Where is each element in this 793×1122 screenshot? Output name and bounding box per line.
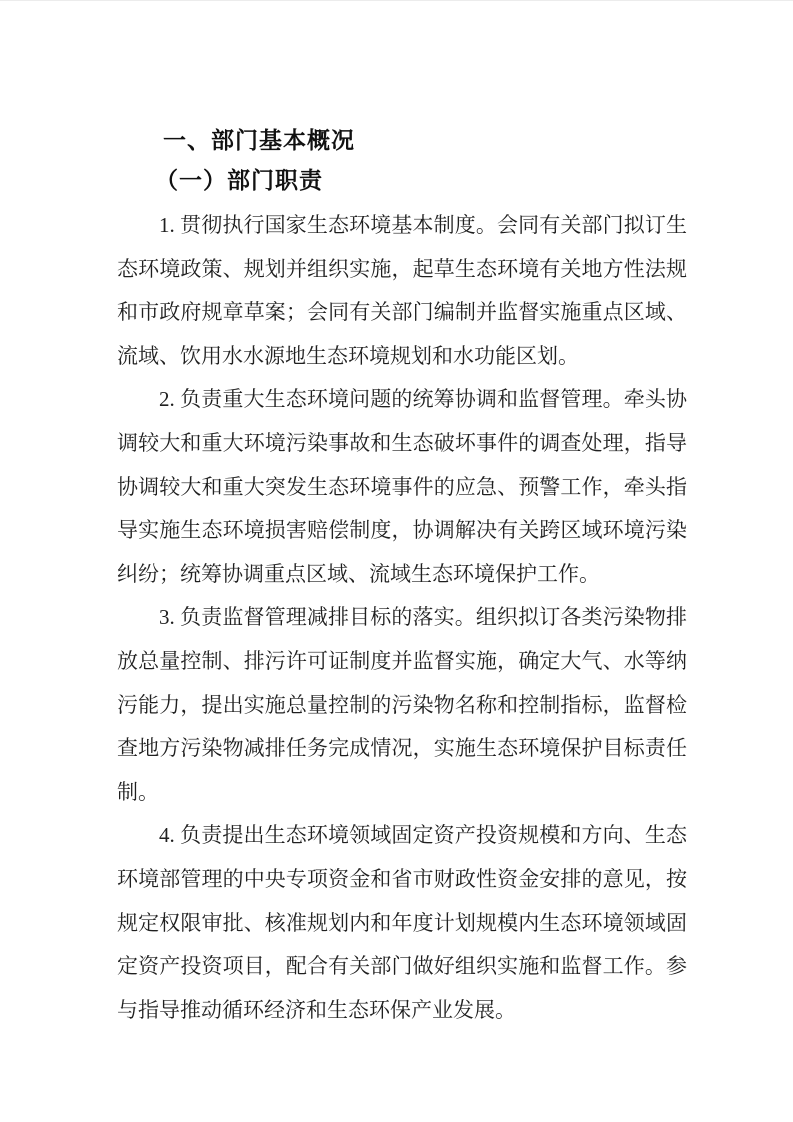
body-paragraph: 4. 负责提出生态环境领域固定资产投资规模和方向、生态环境部管理的中央专项资金和…	[117, 814, 687, 1032]
body-paragraph: 2. 负责重大生态环境问题的统筹协调和监督管理。牵头协调较大和重大环境污染事故和…	[117, 378, 687, 596]
section-heading: 一、部门基本概况	[117, 128, 687, 153]
document-body: 1. 贯彻执行国家生态环境基本制度。会同有关部门拟订生态环境政策、规划并组织实施…	[117, 204, 687, 1032]
body-paragraph: 1. 贯彻执行国家生态环境基本制度。会同有关部门拟订生态环境政策、规划并组织实施…	[117, 204, 687, 378]
body-paragraph: 3. 负责监督管理减排目标的落实。组织拟订各类污染物排放总量控制、排污许可证制度…	[117, 596, 687, 814]
subsection-heading: （一）部门职责	[117, 168, 687, 193]
document-page: 一、部门基本概况 （一）部门职责 1. 贯彻执行国家生态环境基本制度。会同有关部…	[0, 0, 793, 1122]
